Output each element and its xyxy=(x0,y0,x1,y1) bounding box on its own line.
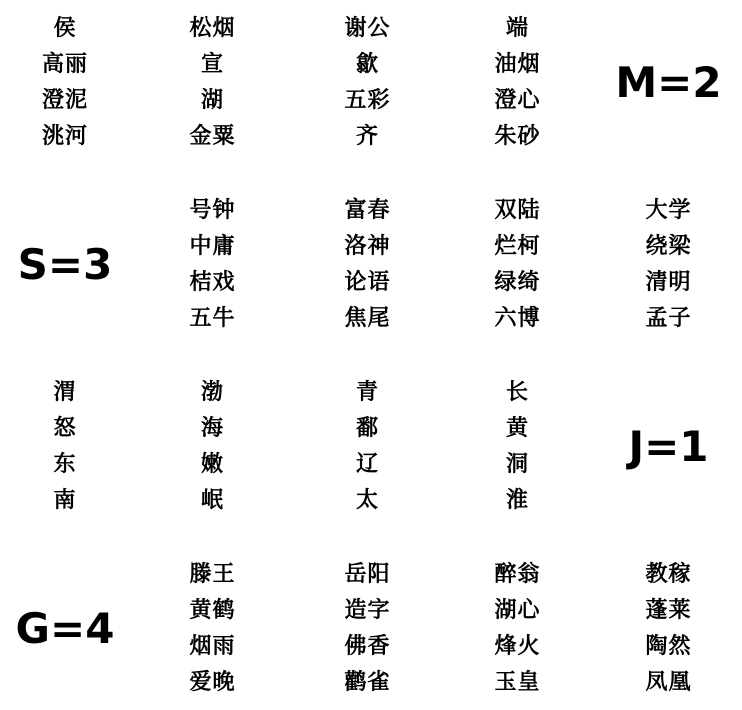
group-label-j: J=1 xyxy=(628,426,708,468)
word-column: 青 鄱 辽 太 xyxy=(295,375,440,519)
word-item: 黄鹤 xyxy=(189,593,235,629)
word-item: 洮河 xyxy=(42,119,88,155)
word-item: 渤 xyxy=(201,375,224,411)
word-item: 澄泥 xyxy=(42,83,88,119)
word-item: 渭 xyxy=(53,375,76,411)
word-item: 端 xyxy=(506,11,529,47)
word-item: 长 xyxy=(506,375,529,411)
group-label-m: M=2 xyxy=(615,62,721,104)
word-item: 嫩 xyxy=(201,447,224,483)
word-item: 中庸 xyxy=(189,229,235,265)
word-item: 醉翁 xyxy=(494,557,540,593)
word-item: 滕王 xyxy=(189,557,235,593)
word-item: 侯 xyxy=(53,11,76,47)
word-item: 教稼 xyxy=(645,557,691,593)
word-item: 黄 xyxy=(506,411,529,447)
word-item: 论语 xyxy=(344,265,390,301)
word-item: 岷 xyxy=(201,483,224,519)
word-item: 高丽 xyxy=(42,47,88,83)
word-item: 辽 xyxy=(356,447,379,483)
word-item: 绕梁 xyxy=(645,229,691,265)
word-column: 长 黄 洞 淮 xyxy=(440,375,595,519)
word-item: 澄心 xyxy=(494,83,540,119)
word-item: 金粟 xyxy=(189,119,235,155)
word-item: 陶然 xyxy=(645,629,691,665)
word-item: 烽火 xyxy=(494,629,540,665)
label-cell: G=4 xyxy=(0,557,130,701)
word-item: 松烟 xyxy=(189,11,235,47)
word-column: 号钟 中庸 桔戏 五牛 xyxy=(130,193,295,337)
group-label-g: G=4 xyxy=(16,608,115,650)
word-column: 松烟 宣 湖 金粟 xyxy=(130,11,295,155)
word-item: 焦尾 xyxy=(344,301,390,337)
word-item: 玉皇 xyxy=(494,665,540,701)
word-column: 醉翁 湖心 烽火 玉皇 xyxy=(440,557,595,701)
word-group-4: G=4 滕王 黄鹤 烟雨 爱晚 岳阳 造字 佛香 鹳雀 醉翁 湖心 烽火 玉皇 … xyxy=(0,557,742,701)
word-column: 教稼 蓬莱 陶然 凤凰 xyxy=(595,557,742,701)
word-column: 岳阳 造字 佛香 鹳雀 xyxy=(295,557,440,701)
word-item: 湖心 xyxy=(494,593,540,629)
word-item: 青 xyxy=(356,375,379,411)
word-item: 爱晚 xyxy=(189,665,235,701)
word-item: 洞 xyxy=(506,447,529,483)
word-item: 造字 xyxy=(344,593,390,629)
word-item: 鹳雀 xyxy=(344,665,390,701)
word-item: 绿绮 xyxy=(494,265,540,301)
word-column: 富春 洛神 论语 焦尾 xyxy=(295,193,440,337)
word-item: 号钟 xyxy=(189,193,235,229)
word-item: 孟子 xyxy=(645,301,691,337)
word-item: 烂柯 xyxy=(494,229,540,265)
word-item: 大学 xyxy=(645,193,691,229)
word-item: 海 xyxy=(201,411,224,447)
word-item: 五牛 xyxy=(189,301,235,337)
word-item: 太 xyxy=(356,483,379,519)
word-item: 油烟 xyxy=(494,47,540,83)
label-cell: J=1 xyxy=(595,375,742,519)
word-item: 凤凰 xyxy=(645,665,691,701)
word-item: 歙 xyxy=(356,47,379,83)
word-column: 渤 海 嫩 岷 xyxy=(130,375,295,519)
word-column: 谢公 歙 五彩 齐 xyxy=(295,11,440,155)
word-item: 岳阳 xyxy=(344,557,390,593)
word-column: 端 油烟 澄心 朱砂 xyxy=(440,11,595,155)
word-column: 滕王 黄鹤 烟雨 爱晚 xyxy=(130,557,295,701)
word-item: 双陆 xyxy=(494,193,540,229)
word-item: 齐 xyxy=(356,119,379,155)
label-cell: M=2 xyxy=(595,11,742,155)
word-item: 淮 xyxy=(506,483,529,519)
word-item: 南 xyxy=(53,483,76,519)
word-item: 六博 xyxy=(494,301,540,337)
word-item: 五彩 xyxy=(344,83,390,119)
word-column: 渭 怒 东 南 xyxy=(0,375,130,519)
word-item: 朱砂 xyxy=(494,119,540,155)
word-item: 鄱 xyxy=(356,411,379,447)
word-item: 宣 xyxy=(201,47,224,83)
word-group-3: 渭 怒 东 南 渤 海 嫩 岷 青 鄱 辽 太 长 黄 洞 淮 J=1 xyxy=(0,375,742,519)
word-item: 怒 xyxy=(53,411,76,447)
word-item: 湖 xyxy=(201,83,224,119)
word-item: 佛香 xyxy=(344,629,390,665)
group-label-s: S=3 xyxy=(18,244,113,286)
word-item: 洛神 xyxy=(344,229,390,265)
word-item: 清明 xyxy=(645,265,691,301)
word-item: 烟雨 xyxy=(189,629,235,665)
word-group-1: 侯 高丽 澄泥 洮河 松烟 宣 湖 金粟 谢公 歙 五彩 齐 端 油烟 澄心 朱… xyxy=(0,11,742,155)
word-item: 富春 xyxy=(344,193,390,229)
puzzle-sheet: 侯 高丽 澄泥 洮河 松烟 宣 湖 金粟 谢公 歙 五彩 齐 端 油烟 澄心 朱… xyxy=(0,0,742,710)
word-column: 双陆 烂柯 绿绮 六博 xyxy=(440,193,595,337)
word-column: 侯 高丽 澄泥 洮河 xyxy=(0,11,130,155)
word-item: 东 xyxy=(53,447,76,483)
word-item: 谢公 xyxy=(344,11,390,47)
word-item: 蓬莱 xyxy=(645,593,691,629)
word-column: 大学 绕梁 清明 孟子 xyxy=(595,193,742,337)
label-cell: S=3 xyxy=(0,193,130,337)
word-item: 桔戏 xyxy=(189,265,235,301)
word-group-2: S=3 号钟 中庸 桔戏 五牛 富春 洛神 论语 焦尾 双陆 烂柯 绿绮 六博 … xyxy=(0,193,742,337)
